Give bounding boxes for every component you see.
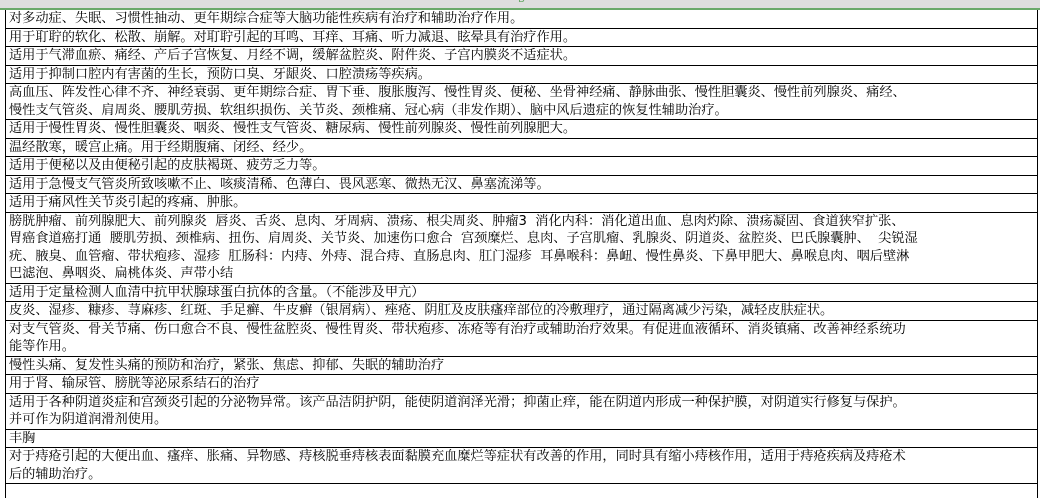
- column-header-bar[interactable]: B: [0, 0, 1040, 10]
- column-header-label[interactable]: B: [518, 0, 525, 6]
- cell-row-19[interactable]: 对于痔疮引起的大便出血、瘙痒、胀痛、异物感、痔核脱垂痔核表面黏膜充血糜烂等症状有…: [6, 448, 1037, 484]
- cell-row-20[interactable]: [6, 484, 1037, 498]
- cell-row-1[interactable]: 对多动症、失眠、习惯性抽动、更年期综合症等大脑功能性疾病有治疗和辅助治疗作用。: [6, 10, 1037, 29]
- cell-row-8[interactable]: 适用于便秘以及由便秘引起的皮肤褐斑、疲劳乏力等。: [6, 157, 1037, 176]
- cell-row-13[interactable]: 皮炎、湿疹、糠疹、荨麻疹、红斑、手足癣、牛皮癣（银屑病）、痤疮、阴肛及皮肤瘙痒部…: [6, 302, 1037, 321]
- cell-row-4[interactable]: 适用于抑制口腔内有害菌的生长，预防口臭、牙龈炎、口腔溃疡等疾病。: [6, 66, 1037, 85]
- cell-row-17[interactable]: 适用于各种阴道炎症和宫颈炎引起的分泌物异常。该产品洁阴护阴，能使阴道润泽光滑；抑…: [6, 394, 1037, 430]
- cell-row-2[interactable]: 用于耵聍的软化、松散、崩解。对耵聍引起的耳鸣、耳痒、耳痛、听力减退、眩晕具有治疗…: [6, 29, 1037, 48]
- cell-row-10[interactable]: 适用于痛风性关节炎引起的疼痛、肿胀。: [6, 194, 1037, 213]
- cell-row-5[interactable]: 高血压、阵发性心律不齐、神经衰弱、更年期综合症、胃下垂、腹胀腹泻、慢性胃炎、便秘…: [6, 84, 1037, 120]
- cell-row-6[interactable]: 适用于慢性胃炎、慢性胆囊炎、咽炎、慢性支气管炎、糖尿病、慢性前列腺炎、慢性前列腺…: [6, 120, 1037, 139]
- cell-row-11[interactable]: 膀胱肿瘤、前列腺肥大、前列腺炎 唇炎、舌炎、息肉、牙周病、溃疡、根尖周炎、肿瘤3…: [6, 213, 1037, 284]
- spreadsheet-grid: 对多动症、失眠、习惯性抽动、更年期综合症等大脑功能性疾病有治疗和辅助治疗作用。 …: [5, 10, 1038, 498]
- cell-row-15[interactable]: 慢性头痛、复发性头痛的预防和治疗，紧张、焦虑、抑郁、失眠的辅助治疗: [6, 357, 1037, 376]
- cell-row-7[interactable]: 温经散寒，暖宫止痛。用于经期腹痛、闭经、经少。: [6, 139, 1037, 158]
- cell-row-14[interactable]: 对支气管炎、骨关节痛、伤口愈合不良、慢性盆腔炎、慢性胃炎、带状疱疹、冻疮等有治疗…: [6, 321, 1037, 357]
- cell-row-3[interactable]: 适用于气滞血瘀、痛经、产后子宫恢复、月经不调，缓解盆腔炎、附件炎、子宫内膜炎不适…: [6, 47, 1037, 66]
- cell-row-18[interactable]: 丰胸: [6, 430, 1037, 449]
- cell-row-9[interactable]: 适用于急慢支气管炎所致咳嗽不止、咳痰清稀、色薄白、畏风恶寒、微热无汉、鼻塞流涕等…: [6, 176, 1037, 195]
- cell-row-12[interactable]: 适用于定量检测人血清中抗甲状腺球蛋白抗体的含量。（不能涉及甲亢）: [6, 284, 1037, 303]
- cell-row-16[interactable]: 用于肾、输尿管、膀胱等泌尿系结石的治疗: [6, 375, 1037, 394]
